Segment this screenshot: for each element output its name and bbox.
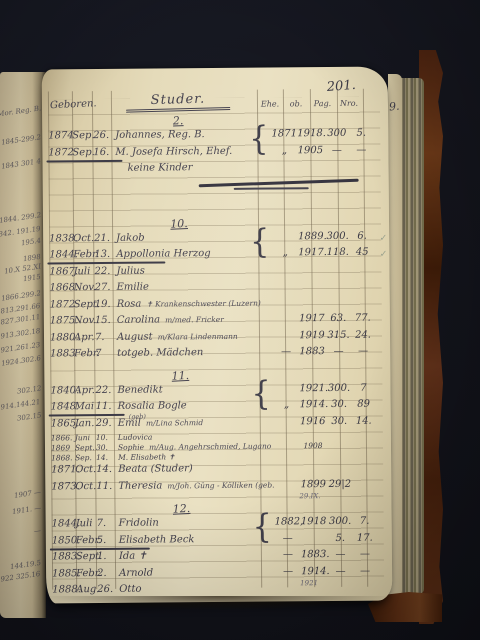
- entry-name: Jakob: [112, 231, 272, 244]
- col-header-nro: Nro.: [336, 99, 362, 108]
- entry-year: 1871.: [51, 464, 75, 476]
- entry-marriage-year: —: [275, 549, 301, 561]
- entry-month: Apr.: [74, 332, 95, 344]
- section-heading: 10.: [119, 214, 239, 232]
- entry-name: keine Kinder: [111, 162, 271, 175]
- entry-year: 1885.: [52, 568, 76, 580]
- entry-number-ref: —: [350, 144, 372, 156]
- entry-name: Julius: [112, 264, 272, 277]
- entry-name: Fridolin: [115, 517, 275, 530]
- ledger-content: Geboren. Studer. 201. Ehe. ob. Pag. Nro.…: [48, 83, 376, 598]
- entry-death-year: 1917.: [298, 247, 324, 259]
- left-page-edge: — Mor. Reg. B.1845-299.21843 301 41844. …: [0, 72, 46, 618]
- entry-spouse-note: m/Klara Lindenmann: [158, 331, 238, 341]
- entry-month: Febr.: [76, 568, 97, 580]
- entry-number-ref: 45: [351, 247, 373, 259]
- entry-year: 1868.: [51, 454, 75, 462]
- entry-name: totgeb. Mädchen: [113, 347, 273, 360]
- entry-page-ref: —: [327, 565, 354, 577]
- entry-day: 22.: [94, 265, 112, 277]
- entry-year: 1872: [48, 147, 72, 159]
- born-column-label: Geboren.: [50, 98, 97, 111]
- ledger-row: 1883Febr.7totgeb. Mädchen—1883——: [50, 346, 374, 365]
- entry-death-year: 1914.: [300, 399, 326, 411]
- entry-day: 7.: [97, 518, 115, 530]
- entry-month: Oct.: [75, 481, 96, 493]
- entry-year: 1848.: [51, 401, 75, 413]
- register-page: Geboren. Studer. 201. Ehe. ob. Pag. Nro.…: [42, 67, 393, 604]
- entry-spouse-note: m/Joh. Güng - Kölliken (geb.): [167, 480, 274, 490]
- entry-marriage-year: —: [275, 566, 301, 578]
- entry-page-ref: 63.: [325, 313, 352, 325]
- entry-day: 11.: [96, 401, 114, 413]
- entry-name: Otto: [115, 583, 275, 596]
- entry-marriage-year: 1871: [271, 128, 297, 140]
- entry-day: 22.: [95, 384, 113, 396]
- entry-day: 13.: [94, 249, 112, 261]
- entry-day: 29.: [96, 417, 114, 429]
- entry-name: Appollonia Herzog: [112, 248, 272, 261]
- entry-page-ref: 300.: [324, 230, 351, 242]
- entry-number-ref: 7: [352, 382, 374, 394]
- column-headers: Ehe. ob. Pag. Nro.: [257, 99, 362, 109]
- left-page-fragment: 1866.299.2: [1, 289, 42, 303]
- entry-spouse-note: m/med. Fricker: [165, 315, 224, 325]
- entry-day: 30.: [96, 444, 114, 452]
- ledger-section: 12.1844.Juli7.Fridolin1882,1918300.7.{18…: [51, 501, 376, 601]
- entry-month: Oct.: [75, 464, 96, 476]
- entry-month: Sept.: [75, 444, 96, 452]
- entry-year: 1865.: [51, 418, 75, 430]
- entry-name: Elisabeth Beck: [115, 533, 275, 546]
- entry-month: Sept.: [74, 299, 95, 311]
- photo-background: — Mor. Reg. B.1845-299.21843 301 41844. …: [0, 0, 480, 640]
- entry-month: Febr.: [74, 348, 95, 360]
- entry-year: 1840.: [50, 385, 74, 397]
- entry-marriage-year: „: [272, 247, 298, 259]
- ink-strokes-row: [49, 177, 373, 192]
- entry-year: 1867.: [49, 266, 73, 278]
- entry-page-ref: 5.: [327, 532, 354, 544]
- entry-death-year: 1883.: [301, 549, 327, 561]
- ledger-sections: 2.1874Sep.26.Johannes, Reg. B.18711918.3…: [48, 113, 376, 601]
- page-header: Geboren. Studer. 201. Ehe. ob. Pag. Nro.: [48, 83, 372, 116]
- entry-year: 1850.: [52, 535, 76, 547]
- entry-year: 1883.: [52, 551, 76, 563]
- entry-name: Emilie: [113, 281, 273, 294]
- entry-year: 1874: [48, 130, 72, 142]
- entry-page-ref: 300.: [327, 516, 354, 528]
- entry-month: Oct.: [73, 233, 94, 245]
- entry-page-ref: —: [327, 549, 354, 561]
- entry-day: 1.: [97, 551, 115, 563]
- entry-day: 26.: [97, 584, 115, 596]
- entry-number-ref: 77.: [352, 313, 374, 325]
- entry-marriage-year: 1882,: [275, 516, 301, 528]
- entry-year: 1844.: [52, 518, 76, 530]
- entry-marriage-year: —: [273, 346, 299, 358]
- section-heading: 12.: [121, 500, 241, 518]
- entry-name: Carolinam/med. Fricker: [113, 314, 273, 327]
- left-page-fragment: 1907 —: [14, 488, 42, 500]
- entry-page-ref: 118.: [324, 247, 351, 259]
- entry-day: 15.: [95, 315, 113, 327]
- left-page-fragment: 1915: [23, 273, 42, 283]
- entry-name: Benedikt: [113, 383, 273, 396]
- date-underline: [50, 547, 150, 550]
- col-header-ehe: Ehe.: [257, 99, 283, 108]
- entry-number-ref: 6.: [351, 230, 373, 242]
- entry-month: Febr.: [73, 249, 94, 261]
- entry-day: 10.: [96, 434, 114, 442]
- left-page-fragment: 1845-299.2: [0, 133, 41, 147]
- left-page-fragment: 1921.261.23: [0, 341, 41, 355]
- pencil-checkmark: ✓: [380, 249, 388, 261]
- left-page-fragment: — Mor. Reg. B.: [0, 104, 41, 119]
- entry-spouse-note: m/Aug. Angehrschmied, Lugano: [149, 443, 271, 452]
- page-shadow: [44, 596, 394, 610]
- entry-death-year: 1918.: [297, 128, 323, 140]
- ledger-section: 11.1840.Apr.22.Benedikt1921.300.7{1848.M…: [50, 367, 375, 497]
- entry-spouse-note: m/Lina Schmid: [146, 418, 203, 427]
- entry-year: 1838.: [49, 233, 73, 245]
- entry-day: 14.: [96, 454, 114, 462]
- left-page-fragment: 1844. 299.2: [0, 211, 41, 225]
- pencil-checkmark: ✓: [380, 232, 388, 244]
- entry-name: Ida ✝: [115, 550, 275, 563]
- left-page-fragment: 1914.144.21: [0, 398, 41, 412]
- page-stack-edge: [400, 78, 424, 594]
- entry-page-ref: 29|2: [326, 478, 353, 490]
- entry-marriage-year: „: [271, 145, 297, 157]
- entry-death-year: 1883: [299, 346, 325, 358]
- ledger-section: 10.1838.Oct.21.Jakob1889.300.6.{✓1844.Fe…: [49, 215, 374, 365]
- col-header-ob: ob.: [283, 99, 309, 108]
- entry-day: 2.: [97, 567, 115, 579]
- entry-name: Augustm/Klara Lindenmann: [113, 330, 273, 343]
- section-heading: 2.: [118, 112, 238, 130]
- entry-page-ref: 300.: [325, 382, 352, 394]
- entry-death-year: 1918: [301, 516, 327, 528]
- left-page-fragment: 1843 301 4: [1, 157, 42, 171]
- date-underline: [46, 159, 122, 162]
- section-heading: 11.: [120, 366, 240, 384]
- entry-year: 1883: [50, 348, 74, 360]
- entry-death-year: 1908: [300, 442, 326, 450]
- entry-day: 16.: [93, 146, 111, 158]
- entry-month: Apr.: [74, 385, 95, 397]
- entry-month: Sep.: [75, 454, 96, 462]
- entry-number-ref: 89: [353, 399, 375, 411]
- entry-month: Aug.: [76, 584, 97, 596]
- entry-year: 1869: [51, 444, 75, 452]
- left-page-fragment: 1911. —: [11, 504, 41, 516]
- left-page-fragment: 1827.301.11: [0, 313, 41, 327]
- entry-month: Juni: [75, 434, 96, 442]
- entry-page-ref: 30.: [326, 415, 353, 427]
- entry-year: 1873.: [51, 481, 75, 493]
- adjacent-page-number: 9.: [388, 100, 400, 114]
- entry-name: M. Elisabeth ✝: [114, 453, 274, 462]
- entry-death-year: 1889.: [298, 231, 324, 243]
- entry-page-ref: 315.: [325, 329, 352, 341]
- entry-year: 1872: [50, 299, 74, 311]
- entry-day: 7: [95, 348, 113, 360]
- entry-name: Emilm/Lina Schmid: [114, 416, 274, 429]
- entry-name: Beata (Studer): [114, 463, 274, 476]
- entry-number-ref: 14.: [353, 415, 375, 427]
- entry-page-ref: 300: [323, 128, 350, 140]
- entry-number-ref: 5.: [350, 128, 372, 140]
- entry-day: 19.: [95, 298, 113, 310]
- entry-month: Nov.: [74, 315, 95, 327]
- entry-month: Mai: [75, 401, 96, 413]
- entry-year: 1888.: [52, 584, 76, 596]
- entry-number-ref: —: [354, 549, 376, 561]
- entry-death-year: 1921.: [299, 383, 325, 395]
- entry-number-ref: 7.: [354, 516, 376, 528]
- page-number: 201.: [326, 78, 356, 95]
- entry-death-year: 1916: [300, 416, 326, 428]
- entry-marriage-year: „: [274, 399, 300, 411]
- left-page-fragment: 195.4: [20, 237, 41, 248]
- left-page-fragment: 302.12: [16, 384, 41, 395]
- sub-annotation: 29.IX.: [299, 490, 320, 502]
- entry-marriage-year: —: [275, 533, 301, 545]
- entry-month: Jan.: [75, 418, 96, 430]
- entry-month: Febr.: [76, 535, 97, 547]
- entry-spouse-note: ✝ Krankenschwester (Luzern): [146, 298, 261, 308]
- entry-page-ref: —: [323, 144, 350, 156]
- entry-name: Theresiam/Joh. Güng - Kölliken (geb.): [114, 479, 274, 492]
- entry-day: 7.: [95, 331, 113, 343]
- entry-page-ref: 30.: [326, 399, 353, 411]
- entry-year: 1875.: [50, 315, 74, 327]
- left-page-fragment: 1913.302.18: [0, 327, 41, 341]
- entry-number-ref: —: [352, 346, 374, 358]
- entry-name: Arnold: [115, 566, 275, 579]
- entry-day: 26.: [93, 130, 111, 142]
- entry-year: 1844.: [49, 249, 73, 261]
- ledger-section: 2.1874Sep.26.Johannes, Reg. B.18711918.3…: [48, 113, 373, 192]
- entry-year: 1868.: [50, 282, 74, 294]
- entry-day: 11.: [96, 480, 114, 492]
- entry-year: 1866.: [51, 434, 75, 442]
- entry-death-year: 1919: [299, 330, 325, 342]
- ledger-row: 1873.Oct.11.Theresiam/Joh. Güng - Köllik…: [51, 478, 375, 497]
- entry-day: 21.: [94, 232, 112, 244]
- entry-number-ref: 17.: [354, 532, 376, 544]
- left-page-fragment: 302.15: [16, 411, 41, 422]
- col-header-pag: Pag.: [309, 99, 336, 108]
- entry-month: Nov.: [74, 282, 95, 294]
- entry-month: Juli: [76, 518, 97, 530]
- entry-month: Sep.: [72, 147, 93, 159]
- entry-day: 27.: [95, 282, 113, 294]
- family-name-title: Studer.: [126, 91, 230, 113]
- entry-day: 14.: [96, 464, 114, 476]
- entry-name: Sophiem/Aug. Angehrschmied, Lugano: [114, 443, 274, 452]
- entry-name: Johannes, Reg. B.: [111, 129, 271, 142]
- left-page-fragment: 1924.302.6: [1, 354, 42, 368]
- entry-death-year: 1917: [299, 313, 325, 325]
- date-underline: [47, 261, 165, 264]
- left-page-fragment: —: [33, 527, 41, 536]
- left-page-fragment: 1922 325.16: [0, 570, 41, 584]
- entry-name: Rosa✝ Krankenschwester (Luzern): [113, 297, 273, 310]
- entry-month: Sep.: [72, 130, 93, 142]
- entry-number-ref: 24.: [352, 329, 374, 341]
- entry-death-year: 1905: [297, 145, 323, 157]
- ink-stroke: [234, 187, 309, 190]
- ink-stroke: [199, 178, 359, 186]
- entry-name: M. Josefa Hirsch, Ehef.: [111, 145, 271, 158]
- date-underline: [49, 414, 125, 417]
- entry-page-ref: —: [325, 346, 352, 358]
- entry-name: Ludovica: [114, 433, 274, 442]
- entry-month: Sept.: [76, 551, 97, 563]
- entry-number-ref: —: [354, 565, 376, 577]
- entry-year: 1880.: [50, 332, 74, 344]
- entry-day: 5.: [97, 534, 115, 546]
- entry-month: Juli: [73, 266, 94, 278]
